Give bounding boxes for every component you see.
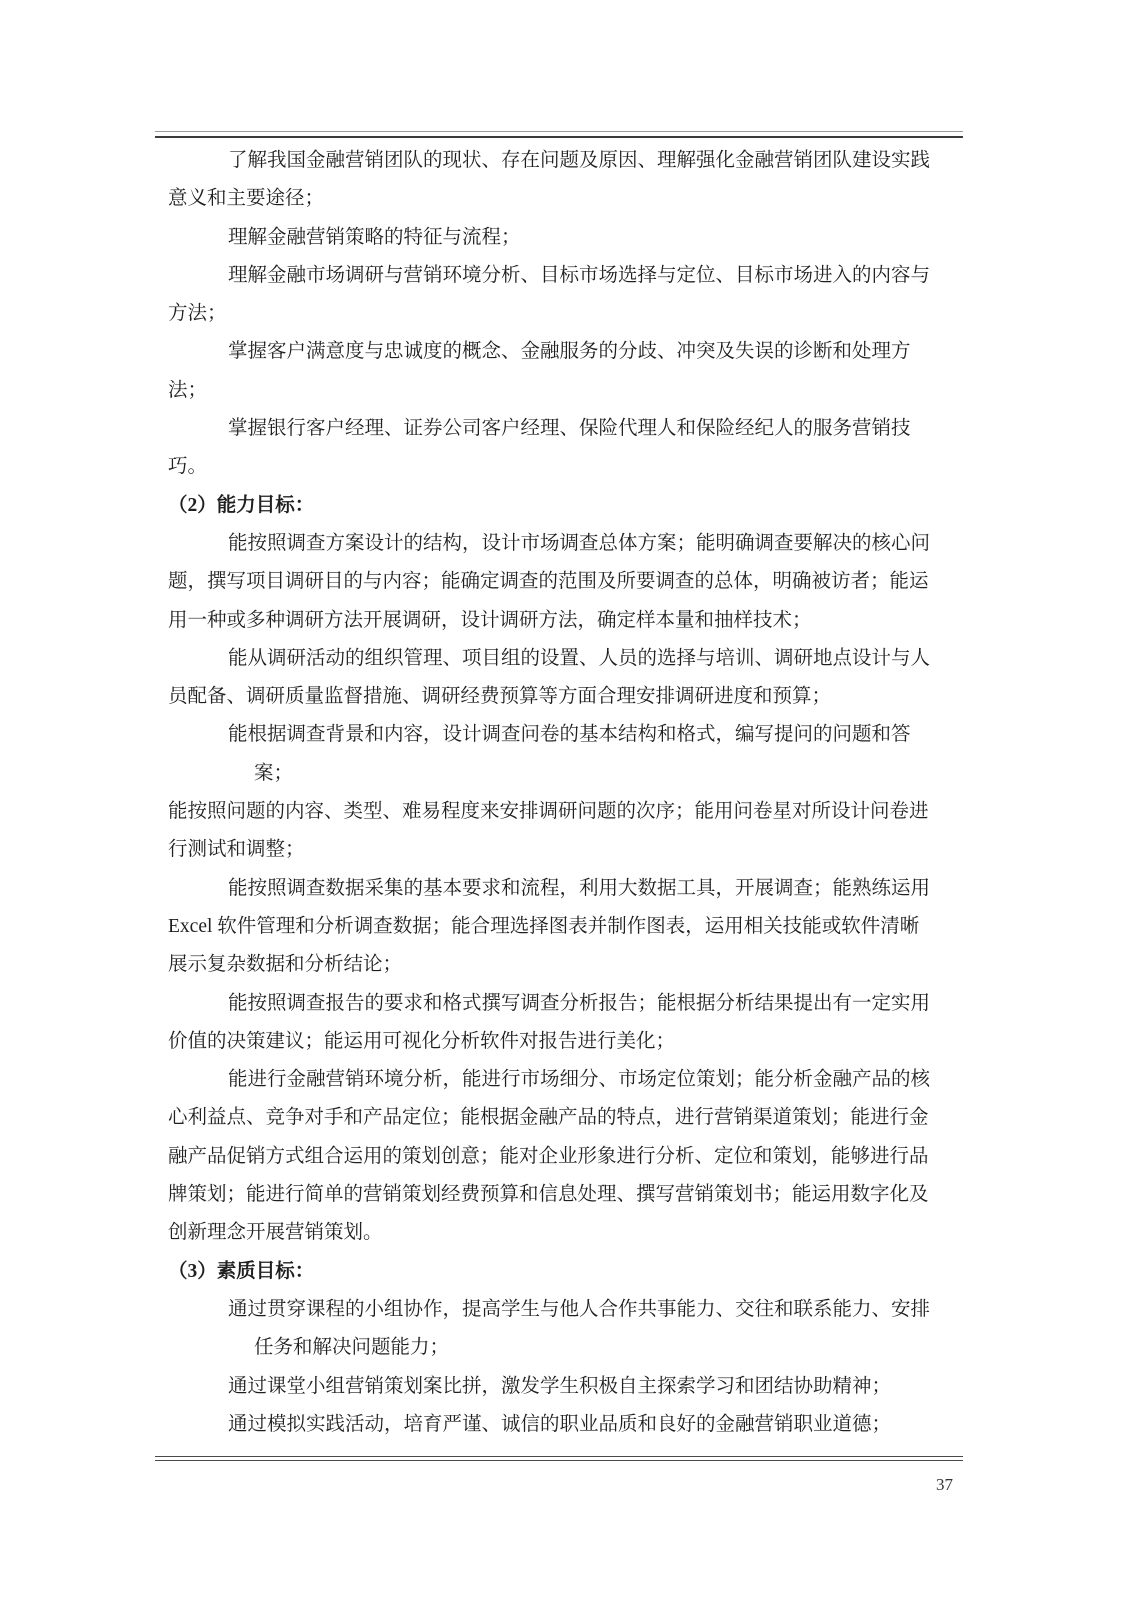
text-line: 能从调研活动的组织管理、项目组的设置、人员的选择与培训、调研地点设计与人 — [168, 640, 965, 678]
header-rule-thin — [155, 131, 963, 132]
text-line: 通过模拟实践活动，培育严谨、诚信的职业品质和良好的金融营销职业道德； — [168, 1406, 965, 1444]
text-line: 能按照调查方案设计的结构，设计市场调查总体方案；能明确调查要解决的核心问 — [168, 525, 965, 563]
text-line: 掌握银行客户经理、证券公司客户经理、保险代理人和保险经纪人的服务营销技 — [168, 410, 965, 448]
text-line: 意义和主要途径； — [168, 180, 965, 218]
text-line: 理解金融市场调研与营销环境分析、目标市场选择与定位、目标市场进入的内容与 — [168, 257, 965, 295]
text-line: 掌握客户满意度与忠诚度的概念、金融服务的分歧、冲突及失误的诊断和处理方 — [168, 333, 965, 371]
text-line: 创新理念开展营销策划。 — [168, 1214, 965, 1252]
text-line: 题，撰写项目调研目的与内容；能确定调查的范围及所要调查的总体，明确被访者；能运 — [168, 563, 965, 601]
text-line: 理解金融营销策略的特征与流程； — [168, 219, 965, 257]
text-line: 方法； — [168, 295, 965, 333]
text-line: 用一种或多种调研方法开展调研，设计调研方法，确定样本量和抽样技术； — [168, 602, 965, 640]
text-line: 行测试和调整； — [168, 831, 965, 869]
text-line: 能按照调查报告的要求和格式撰写调查分析报告；能根据分析结果提出有一定实用 — [168, 985, 965, 1023]
text-line: 通过课堂小组营销策划案比拼，激发学生积极自主探索学习和团结协助精神； — [168, 1368, 965, 1406]
text-line: 能按照调查数据采集的基本要求和流程，利用大数据工具，开展调查；能熟练运用 — [168, 870, 965, 908]
text-line: 员配备、调研质量监督措施、调研经费预算等方面合理安排调研进度和预算； — [168, 678, 965, 716]
text-line: 价值的决策建议；能运用可视化分析软件对报告进行美化； — [168, 1023, 965, 1061]
text-line: 牌策划；能进行简单的营销策划经费预算和信息处理、撰写营销策划书；能运用数字化及 — [168, 1176, 965, 1214]
text-line: 了解我国金融营销团队的现状、存在问题及原因、理解强化金融营销团队建设实践 — [168, 142, 965, 180]
section-heading: （3）素质目标： — [168, 1253, 965, 1291]
text-line: 案； — [168, 755, 965, 793]
text-line: 心利益点、竞争对手和产品定位；能根据金融产品的特点，进行营销渠道策划；能进行金 — [168, 1099, 965, 1137]
text-line: 融产品促销方式组合运用的策划创意；能对企业形象进行分析、定位和策划，能够进行品 — [168, 1138, 965, 1176]
document-page: 了解我国金融营销团队的现状、存在问题及原因、理解强化金融营销团队建设实践意义和主… — [0, 0, 1131, 1600]
text-line: 展示复杂数据和分析结论； — [168, 946, 965, 984]
text-line: Excel 软件管理和分析调查数据；能合理选择图表并制作图表，运用相关技能或软件… — [168, 908, 965, 946]
text-line: 法； — [168, 372, 965, 410]
page-number: 37 — [936, 1474, 953, 1496]
text-line: 通过贯穿课程的小组协作，提高学生与他人合作共事能力、交往和联系能力、安排 — [168, 1291, 965, 1329]
text-line: 能根据调查背景和内容，设计调查问卷的基本结构和格式，编写提问的问题和答 — [168, 716, 965, 754]
text-line: 能按照问题的内容、类型、难易程度来安排调研问题的次序；能用问卷星对所设计问卷进 — [168, 793, 965, 831]
header-rule-thick — [155, 136, 963, 138]
text-line: 巧。 — [168, 448, 965, 486]
text-line: 能进行金融营销环境分析，能进行市场细分、市场定位策划；能分析金融产品的核 — [168, 1061, 965, 1099]
section-heading: （2）能力目标： — [168, 487, 965, 525]
text-line: 任务和解决问题能力； — [168, 1329, 965, 1367]
document-body: 了解我国金融营销团队的现状、存在问题及原因、理解强化金融营销团队建设实践意义和主… — [168, 142, 965, 1444]
footer-rule — [155, 1456, 963, 1461]
